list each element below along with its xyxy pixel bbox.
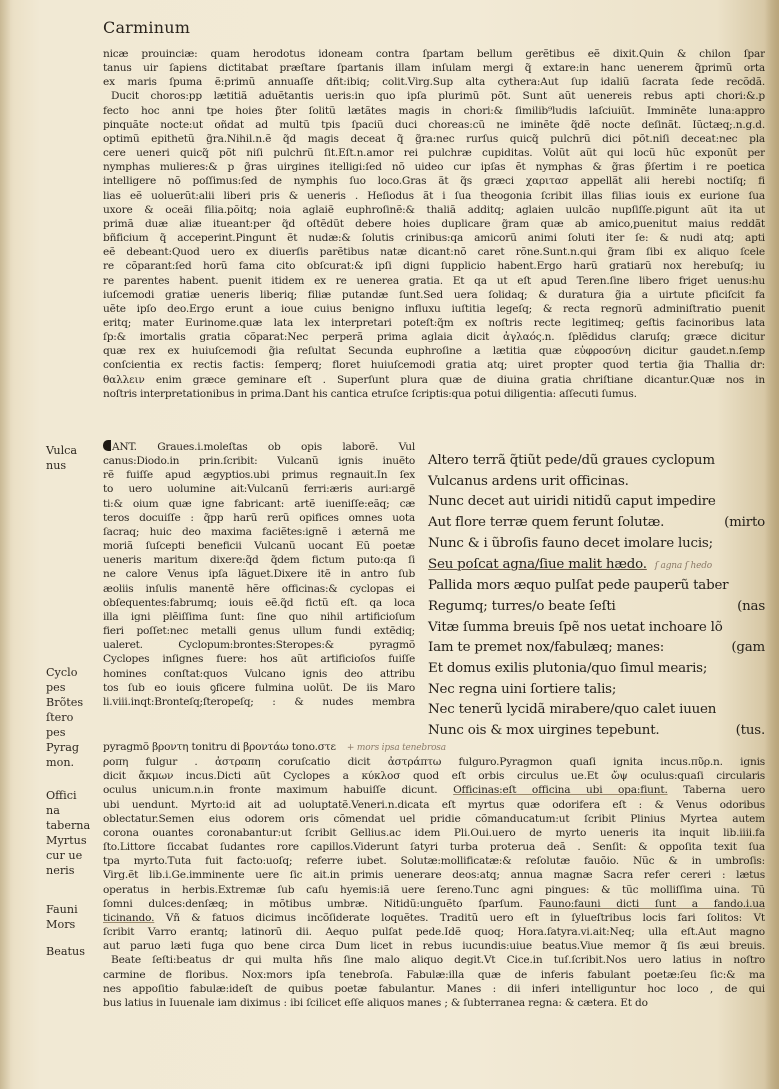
verse-line: Nec regna uini ſortiere talis;	[428, 680, 771, 701]
text-line: ti:& oium quæ igne fabricant: artẽ iueni…	[103, 497, 415, 511]
underlined-text: Officinas:eſt officina ubi opa:fiunt.	[453, 784, 668, 796]
text-line: primã duæ aliæ itueant:per q̃d oſtẽdũt d…	[103, 217, 765, 231]
text-run: ροπη fulgur . ἀστραπη coruſcatio dicit ἀ…	[103, 756, 765, 768]
text-run: ſto.Littore ſiccabat ſudantes rore capil…	[103, 841, 765, 853]
verse-text: Seu poſcat agna/ſiue malit hædo.	[428, 557, 647, 572]
text-line: pinquãte nocte:ut oñdat ad multũ tpis ſp…	[103, 118, 765, 132]
text-line: bus latius in Iuuenale iam diximus : ibi…	[103, 996, 765, 1010]
text-line: tanus uir ſapiens dictitabat præſtare ſp…	[103, 61, 765, 75]
text-line: ſp:& imortalis gratia cõparat:Nec perper…	[103, 330, 765, 344]
text-line: oblectatur.Semen eius odorem oris cõmend…	[103, 812, 765, 826]
text-line: teros docuiſſe : q̃pp harũ rerũ opifices…	[103, 511, 415, 525]
text-line: nes appoſitio fabulæ:ideſt de quibus poe…	[103, 982, 765, 996]
verse-line: Seu poſcat agna/ſiue malit hædo.ſ agna ſ…	[428, 555, 771, 577]
verse-text: Iam te premet nox/fabulæq; manes:	[428, 640, 664, 655]
verse-text: Pallida mors æquo pulſat pede pauperũ ta…	[428, 578, 728, 593]
text-line: rẽ fuiſſe apud ægyptios.ubi primus regna…	[103, 468, 415, 482]
verse-text: Vulcanus ardens urit officinas.	[428, 474, 629, 489]
verse-text: Nec regna uini ſortiere talis;	[428, 682, 616, 697]
verse-line: Regumq; turres/o beate ſeſti(nas	[428, 597, 771, 618]
text-line: conſcientia ex rectis factis: ſemperq; f…	[103, 358, 765, 372]
text-line: eritq; mater Eurinome.quæ lata lex inter…	[103, 316, 765, 330]
text-run: Beate ſeſti:beatus dr qui multa hñs ſine…	[111, 954, 765, 966]
upper-commentary: nicæ prouinciæ: quam herodotus idoneam c…	[103, 47, 765, 401]
text-line: re parentes habent. puenit itidem ex re …	[103, 274, 765, 288]
verse-text: Vitæ ſumma breuis ſpẽ nos uetat inchoare…	[428, 620, 723, 635]
text-line: ualeret. Cyclopum:brontes:Steropes:& pyr…	[103, 638, 415, 652]
text-line: ροπη fulgur . ἀστραπη coruſcatio dicit ἀ…	[103, 755, 765, 769]
verse-line: Vulcanus ardens urit officinas.	[428, 472, 771, 493]
text-line: intelligere nõ poſſimus:ſed de nymphis ſ…	[103, 174, 765, 188]
verse-text: Nunc & i ũbroſis fauno decet imolare luc…	[428, 536, 713, 551]
text-run: ſcribit Varro erantq; latinorũ dii. Aequ…	[103, 926, 765, 938]
text-run: pyragmõ βροντη tonitru di βροντάω tono.σ…	[103, 741, 339, 753]
text-line: canus:Diodo.in prin.ſcribit: Vulcanũ ign…	[103, 454, 415, 468]
text-line: li.viii.inqt:Bronteſq;ſteropeſq; : & nud…	[103, 695, 415, 709]
verse-text: Altero terrã q̃tiũt pede/dũ graues cyclo…	[428, 453, 715, 468]
margin-note: Vulca nus	[46, 443, 77, 473]
text-line: ubi uendunt. Myrto:id ait ad uoluptatẽ.V…	[103, 798, 765, 812]
verse-runover: (nas	[737, 597, 765, 618]
margin-note: Cyclo pes Brõtes ſtero pes Pyrag mon.	[46, 665, 83, 770]
text-line: θαλλειν enim græce geminare eſt . Superſ…	[103, 373, 765, 387]
text-line: noſtris interpretationibus in prima.Dant…	[103, 387, 765, 401]
text-line: Ducit choros:pp lætitiã aduẽtantis ueris…	[103, 89, 765, 103]
margin-note: Offici na taberna Myrtus cur ue neris	[46, 788, 90, 878]
handwritten-annotation: + mors ipsa tenebrosa	[347, 743, 446, 753]
text-run: carmine de floribus. Nox:mors ipſa teneb…	[103, 969, 765, 981]
text-line: fecto hoc anni tpe hoies p̃ter ſolitũ læ…	[103, 104, 765, 118]
verse-line: Nunc & i ũbroſis fauno decet imolare luc…	[428, 534, 771, 555]
text-line: obſequentes:fabrumq; iouis eẽ.q̃d fictũ …	[103, 596, 415, 610]
text-line: ſomni dulces:denſæq; in mõtibus umbræ. N…	[103, 897, 765, 911]
text-run: dicit ἄκμων incus.Dicti aũt Cyclopes a κ…	[103, 770, 765, 782]
text-line: nymphas mulieres:& p g̃ras uirgines itel…	[103, 160, 765, 174]
verse-column: Altero terrã q̃tiũt pede/dũ graues cyclo…	[428, 451, 771, 742]
text-line: oculus unicum.n.in fronte maximum habuiſ…	[103, 783, 765, 797]
text-line: æoliis inſulis manentẽ hẽre officinas:& …	[103, 582, 415, 596]
text-line: nicæ prouinciæ: quam herodotus idoneam c…	[103, 47, 765, 61]
text-line: ticinando. Vñ & fatuos dicimus incõſider…	[103, 911, 765, 925]
text-line: ſcribit Varro erantq; latinorũ dii. Aequ…	[103, 925, 765, 939]
text-line: cere ueneri quicq̃ põt niſi pulchrũ ſit.…	[103, 146, 765, 160]
text-run: Virg.ẽt lib.i.Ge.imminente uere ſic ait.…	[103, 869, 765, 881]
margin-note: Beatus	[46, 944, 85, 959]
text-run: nes appoſitio fabulæ:ideſt de quibus poe…	[103, 983, 765, 995]
text-line: moriã ſuſcepti beneficii Vulcanũ uocant …	[103, 539, 415, 553]
text-line: ſto.Littore ſiccabat ſudantes rore capil…	[103, 840, 765, 854]
text-line: homines conſtat:quos Vulcano ignis deo a…	[103, 667, 415, 681]
text-line: lias eẽ uoluerũt:alii liberi pris & uene…	[103, 189, 765, 203]
text-line: re cõparant:ſed horũ fama cito obſcurat:…	[103, 259, 765, 273]
text-run: oculus unicum.n.in fronte maximum habuiſ…	[103, 784, 453, 796]
text-line: Beate ſeſti:beatus dr qui multa hñs ſine…	[103, 953, 765, 967]
verse-line: Iam te premet nox/fabulæq; manes:(gam	[428, 638, 771, 659]
margin-note: Fauni Mors	[46, 902, 78, 932]
lower-commentary: pyragmõ βροντη tonitru di βροντάω tono.σ…	[103, 740, 765, 1010]
handwritten-annotation: ſ agna ſ hedo	[655, 561, 712, 571]
page-gutter-edge	[0, 0, 10, 1089]
verse-line: Altero terrã q̃tiũt pede/dũ graues cyclo…	[428, 451, 771, 472]
text-line: corona ouantes coronabantur:ut ſcribit G…	[103, 826, 765, 840]
text-run: ſomni dulces:denſæq; in mõtibus umbræ. N…	[103, 898, 539, 910]
verse-text: Et domus exilis plutonia/quo ſimul meari…	[428, 661, 707, 676]
book-page: Carminum nicæ prouinciæ: quam herodotus …	[0, 0, 779, 1089]
text-line: optimũ epithetũ g̃ra.Nihil.n.ẽ q̃d magis…	[103, 132, 765, 146]
verse-line: Aut flore terræ quem ferunt ſolutæ.(mirt…	[428, 513, 771, 534]
text-line: aut paruo læti fuga quo bene circa Dum l…	[103, 939, 765, 953]
text-run: bus latius in Iuuenale iam diximus : ibi…	[103, 997, 648, 1009]
text-run: ubi uendunt. Myrto:id ait ad uoluptatẽ.V…	[103, 799, 765, 811]
verse-line: Nunc decet aut uiridi nitidũ caput imped…	[428, 492, 771, 513]
text-run: oblectatur.Semen eius odorem oris cõmend…	[103, 813, 765, 825]
text-line: Virg.ẽt lib.i.Ge.imminente uere ſic ait.…	[103, 868, 765, 882]
verse-text: Nec tenerũ lycidã mirabere/quo calet iuu…	[428, 702, 716, 717]
text-run: Vñ & fatuos dicimus incõſiderate loquẽte…	[154, 912, 765, 924]
text-line: uxore & oceãi filia.põitq; noia aglaiẽ e…	[103, 203, 765, 217]
left-column-commentary: ANT. Graues.i.moleſtas ob opis laborẽ. V…	[103, 440, 415, 709]
text-line: Cyclopes inſignes fuere: hos aũt artific…	[103, 652, 415, 666]
verse-runover: (mirto	[724, 513, 765, 534]
text-line: carmine de floribus. Nox:mors ipſa teneb…	[103, 968, 765, 982]
verse-line: Nunc ois & mox uirgines tepebunt.(tus.	[428, 721, 771, 742]
text-line: ne calore Venus ipſa lãguet.Dixere itẽ i…	[103, 567, 415, 581]
text-run: tpa myrto.Tuta fuit facto:uoſq; referre …	[103, 855, 765, 867]
text-line: uẽte ipſo deo.Ergo erunt a ioue cuius be…	[103, 302, 765, 316]
text-run: ANT. Graues.i.moleſtas ob opis laborẽ. V…	[112, 441, 415, 453]
verse-runover: (gam	[731, 638, 765, 659]
text-run: Taberna uero	[668, 784, 765, 796]
text-line: tos ſub eo iouis ꝯficere fulmina uolũt. …	[103, 681, 415, 695]
underlined-text: Fauno:fauni dicti ſunt a fando.i.ua	[539, 898, 765, 910]
text-line: quæ rex ex huiuſcemodi g̃ia reſultat Sec…	[103, 344, 765, 358]
text-line: ANT. Graues.i.moleſtas ob opis laborẽ. V…	[103, 440, 415, 454]
verse-text: Regumq; turres/o beate ſeſti	[428, 599, 616, 614]
text-line: ſacraq; huic deo maxima faciẽtes:ignẽ i …	[103, 525, 415, 539]
text-line: to uero uolumine ait:Vulcanũ ferri:æris …	[103, 482, 415, 496]
verse-line: Nec tenerũ lycidã mirabere/quo calet iuu…	[428, 700, 771, 721]
verse-runover: (tus.	[736, 721, 765, 742]
text-line: dicit ἄκμων incus.Dicti aũt Cyclopes a κ…	[103, 769, 765, 783]
text-line: tpa myrto.Tuta fuit facto:uoſq; referre …	[103, 854, 765, 868]
text-line: fieri poſſet:nec metalli genus ullum fun…	[103, 624, 415, 638]
text-run: aut paruo læti fuga quo bene circa Dum l…	[103, 940, 765, 952]
text-line: eẽ debeant:Quod uero ex diuerſis parẽtib…	[103, 245, 765, 259]
text-run: corona ouantes coronabantur:ut ſcribit G…	[103, 827, 765, 839]
verse-text: Nunc ois & mox uirgines tepebunt.	[428, 723, 659, 738]
text-run: operatus in herbis.Extremæ ſub caſu hyem…	[103, 884, 765, 896]
verse-line: Pallida mors æquo pulſat pede pauperũ ta…	[428, 576, 771, 597]
text-line: pyragmõ βροντη tonitru di βροντάω tono.σ…	[103, 740, 765, 755]
verse-text: Aut flore terræ quem ferunt ſolutæ.	[428, 515, 664, 530]
running-head: Carminum	[103, 18, 190, 37]
verse-line: Vitæ ſumma breuis ſpẽ nos uetat inchoare…	[428, 618, 771, 639]
text-line: operatus in herbis.Extremæ ſub caſu hyem…	[103, 883, 765, 897]
text-line: iuſcemodi gratiæ ueneris liberiq; filiæ …	[103, 288, 765, 302]
text-line: ueneris maritum dixere:q̃d q̃dem fictum …	[103, 553, 415, 567]
paragraph-mark-icon	[103, 440, 111, 451]
text-line: bñficium q̃ acceperint.Pingunt ẽt nudæ:&…	[103, 231, 765, 245]
verse-line: Et domus exilis plutonia/quo ſimul meari…	[428, 659, 771, 680]
underlined-text: ticinando.	[103, 912, 154, 924]
verse-text: Nunc decet aut uiridi nitidũ caput imped…	[428, 494, 716, 509]
text-line: ex maris ſpuma ẽ:primũ annuaſſe dñt:ibiq…	[103, 75, 765, 89]
text-line: illa igni plẽiſſima ſunt: ſine quo nihil…	[103, 610, 415, 624]
